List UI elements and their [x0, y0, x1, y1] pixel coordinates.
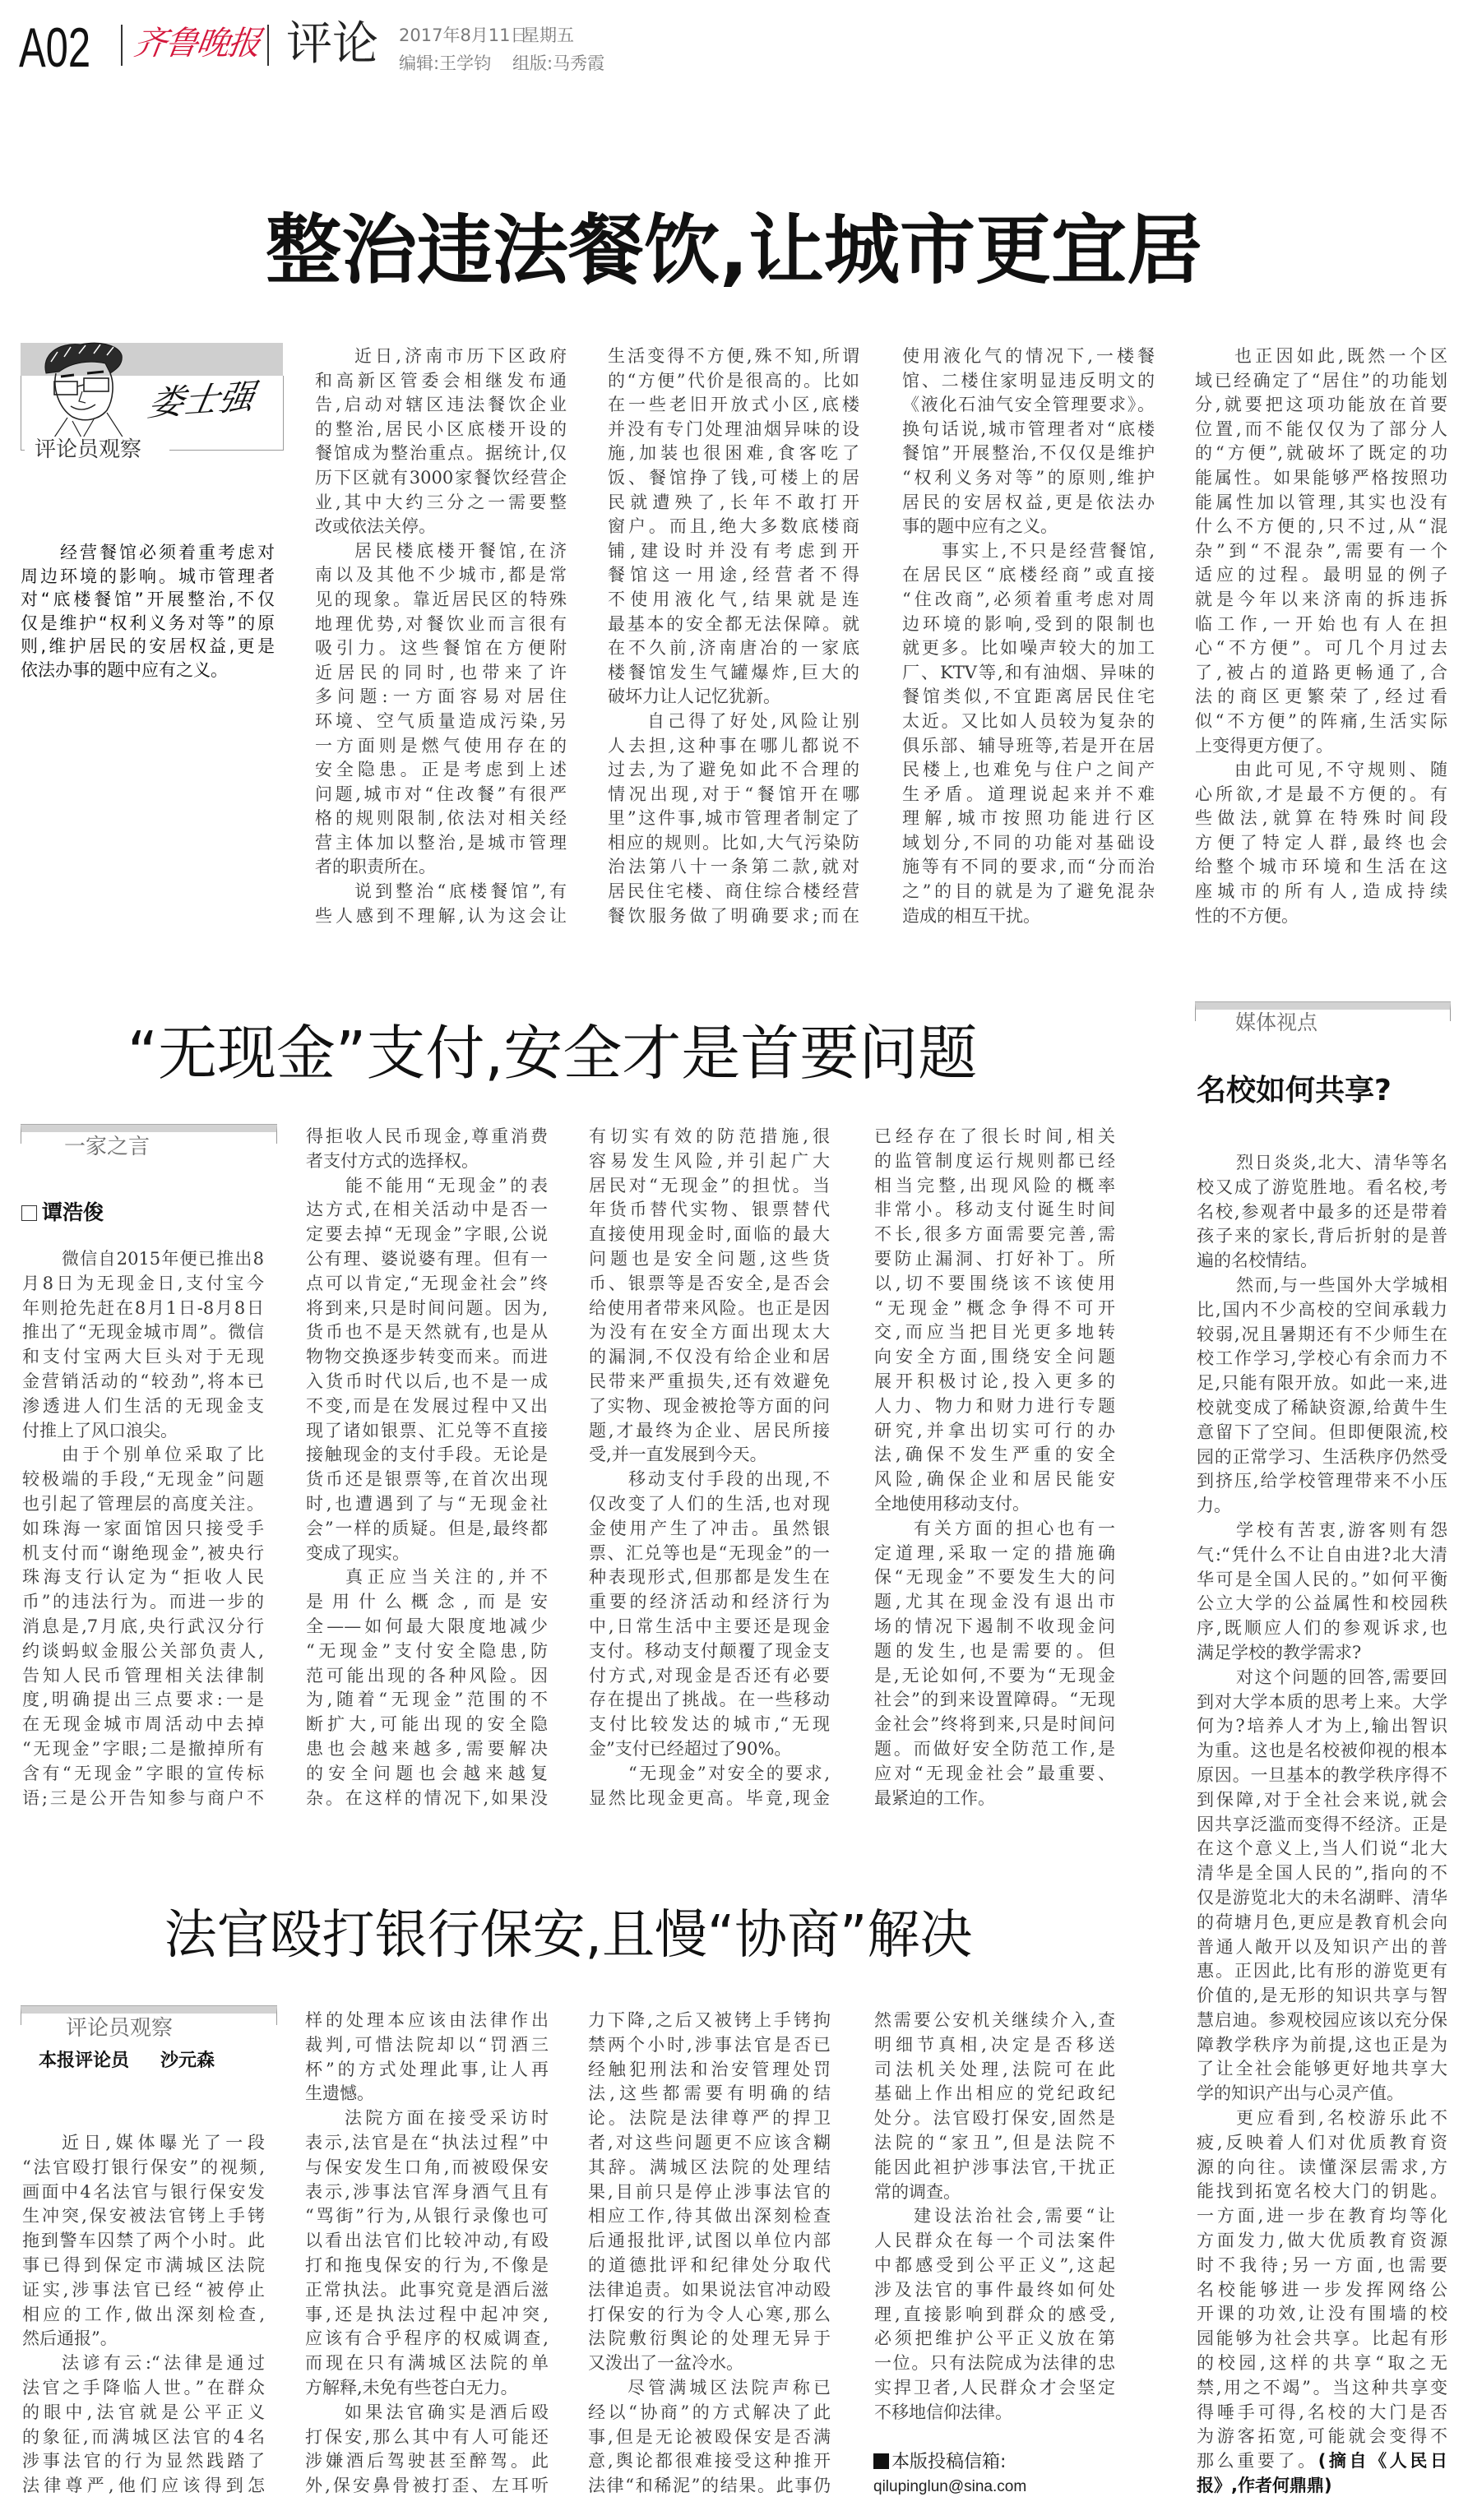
text-line: 之”的目的就是为了避免混杂	[902, 880, 1155, 904]
article-column: 然需要公安机关继续介入,查明细节真相,决定是否移送司法机关处理,法院可在此基础上…	[874, 2009, 1115, 2425]
text-line: 到对大学本质的思考上来。大学	[1197, 1690, 1447, 1715]
text-line: 心“不方便”。可几个月过去	[1195, 636, 1447, 661]
text-line: 和支付宝两大巨头对于无现	[22, 1345, 264, 1370]
article-column: 得拒收人民币现金,尊重消费者支付方式的选择权。能不能用“无现金”的表达方式,在相…	[306, 1125, 548, 1810]
text-line: 定道理,采取一定的措施确	[874, 1542, 1115, 1566]
text-line: 方便了特定人群,最终也会	[1195, 831, 1447, 856]
text-line: 对“底楼餐馆”开展整治,不仅	[21, 588, 275, 612]
text-line: 告知人民币管理相关法律制	[22, 1664, 264, 1689]
text-line: 语;三是公开告知参与商户不	[22, 1787, 264, 1811]
text-line: 一位。只有法院成为法律的忠	[874, 2351, 1115, 2376]
text-line: 似“不方便”的阵痛,生活实际	[1195, 710, 1447, 734]
text-line: 学校有苦衷,游客则有怨	[1197, 1519, 1447, 1543]
text-line: 生遗憾。	[305, 2082, 549, 2106]
text-line: 方解释,未免有些苍白无力。	[305, 2376, 549, 2401]
text-line: 则,维护居民的安居权益,更是	[21, 635, 275, 659]
text-line: 货币也不是天然就有,也是从	[306, 1320, 548, 1345]
text-line: 机支付而“谢绝现金”,被央行	[22, 1542, 264, 1566]
text-line: 尽管满城区法院声称已	[588, 2376, 831, 2401]
artist-signature: 娄士强	[146, 377, 258, 425]
text-line: 在居民区“底楼经商”或直接	[902, 563, 1155, 588]
text-line: 相应工作,待其做出深刻检查	[588, 2204, 831, 2229]
author-title: 本报评论员	[39, 2051, 129, 2071]
text-line: 保“无现金”不要发生大的问	[874, 1565, 1115, 1590]
text-line: 法院方面在接受采访时	[305, 2106, 549, 2131]
text-line: 原因。一旦基本的教学秩序得不	[1197, 1764, 1447, 1788]
text-line: 涉及法官的事件最终如何处	[874, 2278, 1115, 2303]
text-line: 法律“和稀泥”的结果。此事仍	[588, 2474, 831, 2499]
text-line: 到挤压,给学校管理带来不小压	[1197, 1469, 1447, 1494]
text-line: 餐馆这一用途,经营者不得	[608, 563, 859, 588]
text-line: 中都感受到公平正义”,这起	[874, 2254, 1115, 2278]
text-line: 打和拖曳保安的行为,不像是	[305, 2254, 549, 2278]
text-line: 见的现象。靠近居民区的特殊	[315, 588, 567, 613]
text-line: 太近。又比如人员较为复杂的	[902, 710, 1155, 734]
text-line: 校又成了游览胜地。看名校,考	[1197, 1176, 1447, 1200]
text-line: 了,被占的道路更畅通了,合	[1195, 661, 1447, 686]
text-line: 在无现金城市周活动中去掉	[22, 1713, 264, 1737]
text-line: 清华是全国人民的”,指向的不	[1197, 1861, 1447, 1886]
column-label: 评论员观察	[25, 437, 169, 463]
text-line: 的校园,这样的共享“取之无	[1197, 2351, 1447, 2376]
text-line: 近日,媒体曝光了一段	[22, 2131, 265, 2156]
text-line: 报》,作者何鼎鼎)	[1197, 2474, 1447, 2499]
text-line: 果,目前只是停止涉事法官的	[588, 2180, 831, 2205]
text-line: 也引起了管理层的高度关注。	[22, 1492, 264, 1517]
text-line: 价值的,是无形的知识共享与智	[1197, 1984, 1447, 2009]
square-bullet-icon	[21, 1205, 37, 1221]
text-line: 的漏洞,不仅没有给企业和居	[589, 1345, 830, 1370]
text-line: 格的规则限制,依法对相关经	[315, 807, 567, 831]
text-line: 支付。移动支付颠覆了现金支	[589, 1639, 830, 1664]
text-line: 币”的违法行为。而进一步的	[22, 1590, 264, 1615]
author-name: 谭浩俊	[42, 1200, 104, 1224]
text-line: 基础上作出相应的党纪政纪	[874, 2082, 1115, 2106]
text-line: 餐馆成为整治重点。据统计,仅	[315, 442, 567, 466]
text-line: 校工作学习,学校心有余而力不	[1197, 1347, 1447, 1371]
text-line: 足,只能有限开放。如此一来,进	[1197, 1371, 1447, 1396]
text-line: 中,日常生活中主要还是现金	[589, 1615, 830, 1639]
text-line: 饭、餐馆挣了钱,可楼上的居	[608, 466, 859, 491]
text-line: 学的知识产出与心灵产值。	[1197, 2082, 1447, 2106]
text-line: 并没有专门处理油烟异味的设	[608, 418, 859, 442]
text-line: 直接使用现金时,面临的最大	[589, 1223, 830, 1247]
text-line: 全地使用移动支付。	[874, 1492, 1115, 1517]
text-line: 事已得到保定市满城区法院	[22, 2254, 265, 2278]
text-line: 铺,建设时并没有考虑到开	[608, 539, 859, 564]
text-line: 吸引力。这些餐馆在方便附	[315, 636, 567, 661]
text-line: 法院的“家丑”,但是法院不	[874, 2131, 1115, 2156]
text-line: 明细节真相,决定是否移送	[874, 2033, 1115, 2058]
text-line: 已经存在了很长时间,相关	[874, 1125, 1115, 1149]
text-line: 非常小。移动支付诞生时间	[874, 1198, 1115, 1223]
sidebar-label: 媒体视点	[1235, 1010, 1317, 1035]
text-line: 不变,而是在发展过程中又出	[306, 1394, 548, 1419]
text-line: 事,还是执法过程中起冲突,	[305, 2303, 549, 2328]
text-line: 的道德批评和纪律处分取代	[588, 2254, 831, 2278]
text-line: 地理优势,对餐饮业而言很有	[315, 613, 567, 637]
text-line: 法谚有云:“法律是通过	[22, 2351, 265, 2376]
text-line: 有切实有效的防范措施,很	[589, 1125, 830, 1149]
text-line: 货币还是银票等,在首次出现	[306, 1468, 548, 1492]
text-line: 表示,涉事法官浑身酒气且有	[305, 2180, 549, 2205]
text-line: 受,并一直发展到今天。	[589, 1443, 830, 1468]
text-line: 的“方便”,就破坏了既定的功	[1195, 442, 1447, 466]
text-line: 《液化石油气安全管理要求》。	[902, 393, 1155, 418]
text-line: 含有“无现金”字眼的宣传标	[22, 1762, 264, 1787]
text-line: 人力、物力和财力进行专题	[874, 1394, 1115, 1419]
article-headline: “无现金”支付,安全才是首要问题	[0, 1024, 1104, 1083]
text-line: “住改商”,必须着重考虑对周	[902, 588, 1155, 613]
text-line: 打保安,那么其中有人可能还	[305, 2425, 549, 2450]
text-line: 能因此袒护涉事法官,干扰正	[874, 2156, 1115, 2180]
text-line: 一方面,进一步在教育均等化	[1197, 2204, 1447, 2229]
text-line: 由此可见,不守规则、随	[1195, 758, 1447, 783]
text-line: 慧启迪。参观校园应该以充分保	[1197, 2009, 1447, 2033]
text-line: 范可能出现的各种风险。因	[306, 1664, 548, 1689]
text-line: 不长,很多方面需要完善,需	[874, 1223, 1115, 1247]
text-line: 源的向往。读懂深层需求,方	[1197, 2156, 1447, 2180]
text-line: 付推上了风口浪尖。	[22, 1419, 264, 1444]
text-line: 付方式,对现金是否还有必要	[589, 1664, 830, 1689]
text-line: 达方式,在相关活动中是否一	[306, 1198, 548, 1223]
text-line: 居民住宅楼、商住综合楼经营	[608, 880, 859, 904]
text-line: 经以“协商”的方式解决了此	[588, 2401, 831, 2425]
text-line: 然而,与一些国外大学城相	[1197, 1274, 1447, 1298]
text-line: 里”这件事,城市管理者制定了	[608, 807, 859, 831]
text-line: 题,才最终为企业、居民所接	[589, 1419, 830, 1444]
text-line: 的整治,居民小区底楼开设的	[315, 418, 567, 442]
text-line: 真正应当关注的,并不	[306, 1565, 548, 1590]
text-line: 营主体加以整治,是城市管理	[315, 831, 567, 856]
text-line: 物物交换逐步转变而来。而进	[306, 1345, 548, 1370]
article-headline: 整治违法餐饮,让城市更宜居	[0, 213, 1468, 289]
section-title: 评论	[286, 21, 378, 67]
layout-credit: 组版:马秀霞	[512, 53, 604, 73]
article-column: 力下降,之后又被铐上手铐拘禁两个小时,涉事法官是否已经触犯刑法和治安管理处罚法,…	[588, 2009, 831, 2499]
text-line: 惠。正因此,比有形的游览更有	[1197, 1959, 1447, 1984]
sidebar-body: 烈日炎炎,北大、清华等名校又成了游览胜地。看名校,考名校,参观者中最多的还是带着…	[1197, 1151, 1447, 2499]
article-column: 有切实有效的防范措施,很容易发生风险,并引起广大居民对“无现金”的担忧。当年货币…	[589, 1125, 830, 1810]
text-line: 而现在只有满城区法院的单	[305, 2351, 549, 2376]
text-line: 南以及其他不少城市,都是常	[315, 563, 567, 588]
text-line: 何为?培养人才为上,输出智识	[1197, 1714, 1447, 1739]
text-line: 华可是全国人民的。”如何平衡	[1197, 1568, 1447, 1593]
text-line: 情况出现,对于“餐馆开在哪	[608, 783, 859, 807]
text-line: 场的情况下遏制不收现金问	[874, 1615, 1115, 1639]
article-column: 也正因如此,既然一个区域已经确定了“居住”的功能划分,就要把这项功能放在首要位置…	[1195, 344, 1447, 928]
masthead-divider	[267, 25, 269, 66]
text-line: 公立大学的公益属性和校园秩	[1197, 1592, 1447, 1616]
text-line: 的“方便”代价是很高的。比如	[608, 369, 859, 394]
text-line: 司法机关处理,法院可在此	[874, 2058, 1115, 2083]
text-line: 事,但是无论被殴保安是否满	[588, 2425, 831, 2450]
sidebar-headline: 名校如何共享?	[1197, 1074, 1392, 1108]
text-line: 入货币时代以后,也不是一成	[306, 1370, 548, 1394]
text-line: 的眼中,法官就是公平正义	[22, 2401, 265, 2425]
text-line: 生矛盾。道理说起来并不难	[902, 783, 1155, 807]
text-line: 了让全社会能够更好地共享大	[1197, 2057, 1447, 2082]
text-line: 因共享泛滥而变得不经济。正是	[1197, 1813, 1447, 1838]
text-line: “无现金”对安全的要求,	[589, 1762, 830, 1787]
submission-label: 本版投稿信箱:	[891, 2452, 1006, 2472]
text-line: 一方面则是燃气使用存在的	[315, 734, 567, 759]
text-line: 种表现形式,但那都是发生在	[589, 1565, 830, 1590]
text-line: 得拒收人民币现金,尊重消费	[306, 1125, 548, 1149]
text-line: 近居民的同时,也带来了许	[315, 661, 567, 686]
text-line: 法官之手降临人世。”在群众	[22, 2376, 265, 2401]
text-line: “法官殴打银行保安”的视频,	[22, 2156, 265, 2180]
text-line: 向安全方面,围绕安全问题	[874, 1345, 1115, 1370]
text-line: 法院敷衍舆论的处理无异于	[588, 2327, 831, 2351]
text-line: 窗户。而且,绝大多数底楼商	[608, 515, 859, 539]
submission-email[interactable]: qilupinglun@sina.com	[873, 2476, 1026, 2499]
text-line: 餐饮服务做了明确要求;而在	[608, 904, 859, 929]
text-line: 公有理、婆说婆有理。但有一	[306, 1247, 548, 1272]
text-line: 比,国内不少高校的空间承载力	[1197, 1298, 1447, 1323]
text-line: 孩子来的家长,背后折射的是普	[1197, 1224, 1447, 1249]
text-line: 变成了现实。	[306, 1542, 548, 1566]
text-line: 民带来严重损失,还有效避免	[589, 1370, 830, 1394]
text-line: 生活变得不方便,殊不知,所谓	[608, 344, 859, 369]
text-line: 点可以肯定,“无现金社会”终	[306, 1272, 548, 1297]
article-column: 近日,济南市历下区政府和高新区管委会相继发布通告,启动对辖区违法餐饮企业的整治,…	[315, 344, 567, 928]
text-line: 仅改变了人们的生活,也对现	[589, 1492, 830, 1517]
text-line: 园能够为社会共享。比起有形	[1197, 2327, 1447, 2351]
text-line: 对这个问题的回答,需要回	[1197, 1666, 1447, 1690]
text-line: 普通人敞开以及知识产出的普	[1197, 1935, 1447, 1960]
text-line: 表示,法官是在“执法过程”中	[305, 2131, 549, 2156]
text-line: 理,直接影响到群众的感受,	[874, 2303, 1115, 2328]
text-line: 民就遭殃了,长年不敢打开	[608, 491, 859, 516]
text-line: 移动支付手段的出现,不	[589, 1468, 830, 1492]
commentator-caricature-icon	[21, 337, 145, 444]
author-name: 沙元森	[160, 2051, 215, 2071]
text-line: 那么重要了。(摘自《人民日	[1197, 2449, 1447, 2474]
text-line: 法的商区更繁荣了,经过看	[1195, 685, 1447, 710]
text-line: 意留下了空间。但即便限流,校	[1197, 1421, 1447, 1445]
text-line: 微信自2015年便已推出8	[22, 1247, 264, 1272]
text-line: 法,这些都需要有明确的结	[588, 2082, 831, 2106]
text-line: 金社会”终将到来,只是时间问	[874, 1713, 1115, 1737]
source-credit: 报》,作者何鼎鼎)	[1197, 2476, 1332, 2495]
text-line: 些人感到不理解,认为这会让	[315, 904, 567, 929]
text-line: 研究,并拿出切实可行的办	[874, 1419, 1115, 1444]
text-line: 更应看到,名校游乐此不	[1197, 2106, 1447, 2131]
text-line: 域划分,不同的功能对基础设	[902, 831, 1155, 856]
text-line: 较极端的手段,“无现金”问题	[22, 1468, 264, 1492]
text-line: 到保障,对于全社会来说,就会	[1197, 1788, 1447, 1813]
text-line: 经触犯刑法和治安管理处罚	[588, 2058, 831, 2083]
text-line: 风险,确保企业和居民能安	[874, 1468, 1115, 1492]
text-line: 馆、二楼住家明显违反明文的	[902, 369, 1155, 394]
text-line: 者支付方式的选择权。	[306, 1149, 548, 1174]
text-line: 月8日为无现金日,支付宝今	[22, 1272, 264, 1297]
text-line: 临工作,一开始也有人在担	[1195, 613, 1447, 637]
text-line: 又泼出了一盆冷水。	[588, 2351, 831, 2376]
text-line: 园的正常学习、生活秩序仍然受	[1197, 1445, 1447, 1470]
text-line: 问题,城市对“住改餐”有很严	[315, 783, 567, 807]
text-line: 显然比现金更高。毕竟,现金	[589, 1787, 830, 1811]
text-line: 生冲突,保安被法官铐上手铐	[22, 2204, 265, 2229]
text-line: 边环境的影响,受到的限制也	[902, 613, 1155, 637]
text-line: 什么不方便的,只不过,从“混	[1195, 515, 1447, 539]
article-column: 使用液化气的情况下,一楼餐馆、二楼住家明显违反明文的《液化石油气安全管理要求》。…	[902, 344, 1155, 928]
text-line: 为游客拓宽,可能就会变得不	[1197, 2425, 1447, 2449]
text-line: 在不久前,济南唐冶的一家底	[608, 636, 859, 661]
text-line: 法律尊严,他们应该得到怎	[22, 2474, 265, 2499]
text-line: 历下区就有3000家餐饮经营企	[315, 466, 567, 491]
text-line: 障教学秩序为前提,这也正是为	[1197, 2033, 1447, 2058]
text-line: 时,也遭遇到了与“无现金社	[306, 1492, 548, 1517]
black-square-icon	[873, 2453, 889, 2469]
text-line: 厂、KTV等,和有油烟、异味的	[902, 661, 1155, 686]
text-line: 最紧迫的工作。	[874, 1787, 1115, 1811]
article-column: 生活变得不方便,殊不知,所谓的“方便”代价是很高的。比如在一些老旧开放式小区,底…	[608, 344, 859, 928]
submission-notice: 本版投稿信箱:	[873, 2450, 1006, 2475]
text-line: 就更多。比如噪声较大的加工	[902, 636, 1155, 661]
text-line: 法律追责。如果说法官冲动殴	[588, 2278, 831, 2303]
text-line: 题的发生,也是需要的。但	[874, 1639, 1115, 1664]
text-line: 能属性加以管理,其实也没有	[1195, 491, 1447, 516]
text-line: 仅是维护“权利义务对等”的原	[21, 612, 275, 636]
text-line: 交,而应当把目光更多地转	[874, 1320, 1115, 1345]
text-line: 必须把维护公平正义放在第	[874, 2327, 1115, 2351]
text-line: 会”一样的质疑。但是,最终都	[306, 1517, 548, 1542]
text-line: 常的调查。	[874, 2180, 1115, 2205]
issue-weekday: 星期五	[522, 25, 574, 45]
text-line: 过去,为了避免如此不合理的	[608, 758, 859, 783]
sidebar-label-frame	[1195, 1002, 1451, 1021]
text-line: “骂街”行为,从银行录像也可	[305, 2204, 549, 2229]
text-line: 给使用者带来风险。也正是因	[589, 1297, 830, 1321]
article-lead: 经营餐馆必须着重考虑对周边环境的影响。城市管理者对“底楼餐馆”开展整治,不仅仅是…	[21, 541, 275, 682]
masthead-divider	[121, 25, 123, 66]
text-line: 为,随着“无现金”范围的不	[306, 1688, 548, 1713]
text-line: 推出了“无现金城市周”。微信	[22, 1320, 264, 1345]
text-line: 全——如何最大限度地减少	[306, 1615, 548, 1639]
text-line: 年货币替代实物、银票替代	[589, 1198, 830, 1223]
text-line: 力。	[1197, 1494, 1447, 1519]
newspaper-logo: 齐鲁晚报	[132, 25, 262, 62]
text-line: 是,无论如何,不要为“无现金	[874, 1664, 1115, 1689]
text-line: 的荷塘月色,更应是教育机会向	[1197, 1911, 1447, 1935]
text-line: 法,确保不发生严重的安全	[874, 1443, 1115, 1468]
text-line: 样的处理本应该由法律作出	[305, 2009, 549, 2033]
text-line: 证实,涉事法官已经“被停止	[22, 2278, 265, 2303]
text-line: 度,明确提出三点要求:一是	[22, 1688, 264, 1713]
text-line: 为没有在安全方面出现太大	[589, 1320, 830, 1345]
text-line: 如果法官确实是酒后殴	[305, 2401, 549, 2425]
text-line: 开课的功效,让没有围墙的校	[1197, 2302, 1447, 2327]
text-line: 患也会越来越多,需要解决	[306, 1737, 548, 1762]
text-line: 存在提出了挑战。在一些移动	[589, 1688, 830, 1713]
text-line: 不移地信仰法律。	[874, 2401, 1115, 2425]
text-line: 然需要公安机关继续介入,查	[874, 2009, 1115, 2033]
text-line: 的监管制度运行规则都已经	[874, 1149, 1115, 1174]
text-line: 涉事法官的行为显然践踏了	[22, 2449, 265, 2474]
text-line: 序,既顺应人们的参观诉求,也	[1197, 1616, 1447, 1641]
text-line: 能找到拓宽名校大门的钥匙。	[1197, 2180, 1447, 2204]
text-line: 画面中4名法官与银行保安发	[22, 2180, 265, 2205]
text-line: 居民楼底楼开餐馆,在济	[315, 539, 567, 564]
text-line: 较弱,况且暑期还有不少师生在	[1197, 1323, 1447, 1348]
text-line: 能不能用“无现金”的表	[306, 1174, 548, 1199]
text-line: 力下降,之后又被铐上手铐拘	[588, 2009, 831, 2033]
text-line: 打保安的行为令人心寒,那么	[588, 2303, 831, 2328]
text-line: 事实上,不只是经营餐馆,	[902, 539, 1155, 564]
editor-credit: 编辑:王学钧	[399, 53, 491, 73]
text-line: 币、银票等是否安全,是否会	[589, 1272, 830, 1297]
text-line: 的安全问题也会越来越复	[306, 1762, 548, 1787]
text-line: 仅是游览北大的未名湖畔、清华	[1197, 1886, 1447, 1911]
text-line: 与保安发生口角,而被殴保安	[305, 2156, 549, 2180]
text-line: 金”支付已经超过了90%。	[589, 1737, 830, 1762]
text-line: 自己得了好处,风险让别	[608, 710, 859, 734]
text-line: 不使用液化气,结果就是连	[608, 588, 859, 613]
text-line: 多问题:一方面容易对居住	[315, 685, 567, 710]
text-line: 烈日炎炎,北大、清华等名	[1197, 1151, 1447, 1176]
text-line: 环境、空气质量造成污染,另	[315, 710, 567, 734]
text-line: “无现金”概念争得不可开	[874, 1297, 1115, 1321]
article-headline: 法官殴打银行保安,且慢“协商”解决	[0, 1909, 1137, 1962]
text-line: 和高新区管委会相继发布通	[315, 369, 567, 394]
text-line: 些做法,就算在特殊时间段	[1195, 807, 1447, 831]
text-line: 治法第八十一条第二款,就对	[608, 855, 859, 880]
text-line: 后通报批评,试图以单位内部	[588, 2229, 831, 2254]
text-line: 餐馆类似,不宜距离居民住宅	[902, 685, 1155, 710]
text-line: “权利义务对等”的原则,维护	[902, 466, 1155, 491]
text-line: 名校能够进一步发挥网络公	[1197, 2278, 1447, 2303]
text-line: 分,就要把这项功能放在首要	[1195, 393, 1447, 418]
text-line: 断扩大,可能出现的安全隐	[306, 1713, 548, 1737]
text-line: 然后通报”。	[22, 2327, 265, 2351]
text-line: 气:“凭什么不让自由进?北大清	[1197, 1543, 1447, 1568]
text-line: 是用什么概念,而是安	[306, 1590, 548, 1615]
issue-date: 2017年8月11日	[399, 25, 528, 45]
text-line: 性的不方便。	[1195, 904, 1447, 929]
text-line: 票、汇兑等也是“无现金”的一	[589, 1542, 830, 1566]
author-byline: 谭浩俊	[21, 1200, 104, 1225]
text-line: 人民群众在每一个司法案件	[874, 2229, 1115, 2254]
text-line: 容易发生风险,并引起广大	[589, 1149, 830, 1174]
text-line: 破坏力让人记忆犹新。	[608, 685, 859, 710]
text-line: 重要的经济活动和经济行为	[589, 1590, 830, 1615]
text-line: 论。法院是法律尊严的捍卫	[588, 2106, 831, 2131]
text-line: 遍的名校情结。	[1197, 1249, 1447, 1274]
text-line: 约谈蚂蚁金服公关部负责人,	[22, 1639, 264, 1664]
text-line: 座城市的所有人,造成持续	[1195, 880, 1447, 904]
text-segment: 那么重要了。	[1197, 2451, 1318, 2471]
text-line: 域已经确定了“居住”的功能划	[1195, 369, 1447, 394]
text-line: 以,切不要围绕该不该使用	[874, 1272, 1115, 1297]
text-line: 满足学校的教学需求?	[1197, 1641, 1447, 1666]
text-line: 了实物、现金被抢等方面的问	[589, 1394, 830, 1419]
text-line: 依法办事的题中应有之义。	[21, 659, 275, 682]
text-line: 疲,反映着人们对优质教育资	[1197, 2131, 1447, 2156]
text-line: 为重。这也是名校被仰视的根本	[1197, 1739, 1447, 1764]
text-line: 实捍卫者,人民群众才会坚定	[874, 2376, 1115, 2401]
text-line: 拖到警车囚禁了两个小时。此	[22, 2229, 265, 2254]
text-line: 人去担,这种事在哪儿都说不	[608, 734, 859, 759]
text-line: 支付比较发达的城市,“无现	[589, 1713, 830, 1737]
text-line: 施等有不同的要求,而“分而治	[902, 855, 1155, 880]
text-line: 问题也是安全问题,这些货	[589, 1247, 830, 1272]
text-line: 心所欲,才是最不方便的。有	[1195, 783, 1447, 807]
text-line: 方面发力,做大优质教育资源	[1197, 2229, 1447, 2254]
text-line: 业,其中大约三分之一需要整	[315, 491, 567, 516]
text-line: 相应的规则。比如,大气污染防	[608, 831, 859, 856]
